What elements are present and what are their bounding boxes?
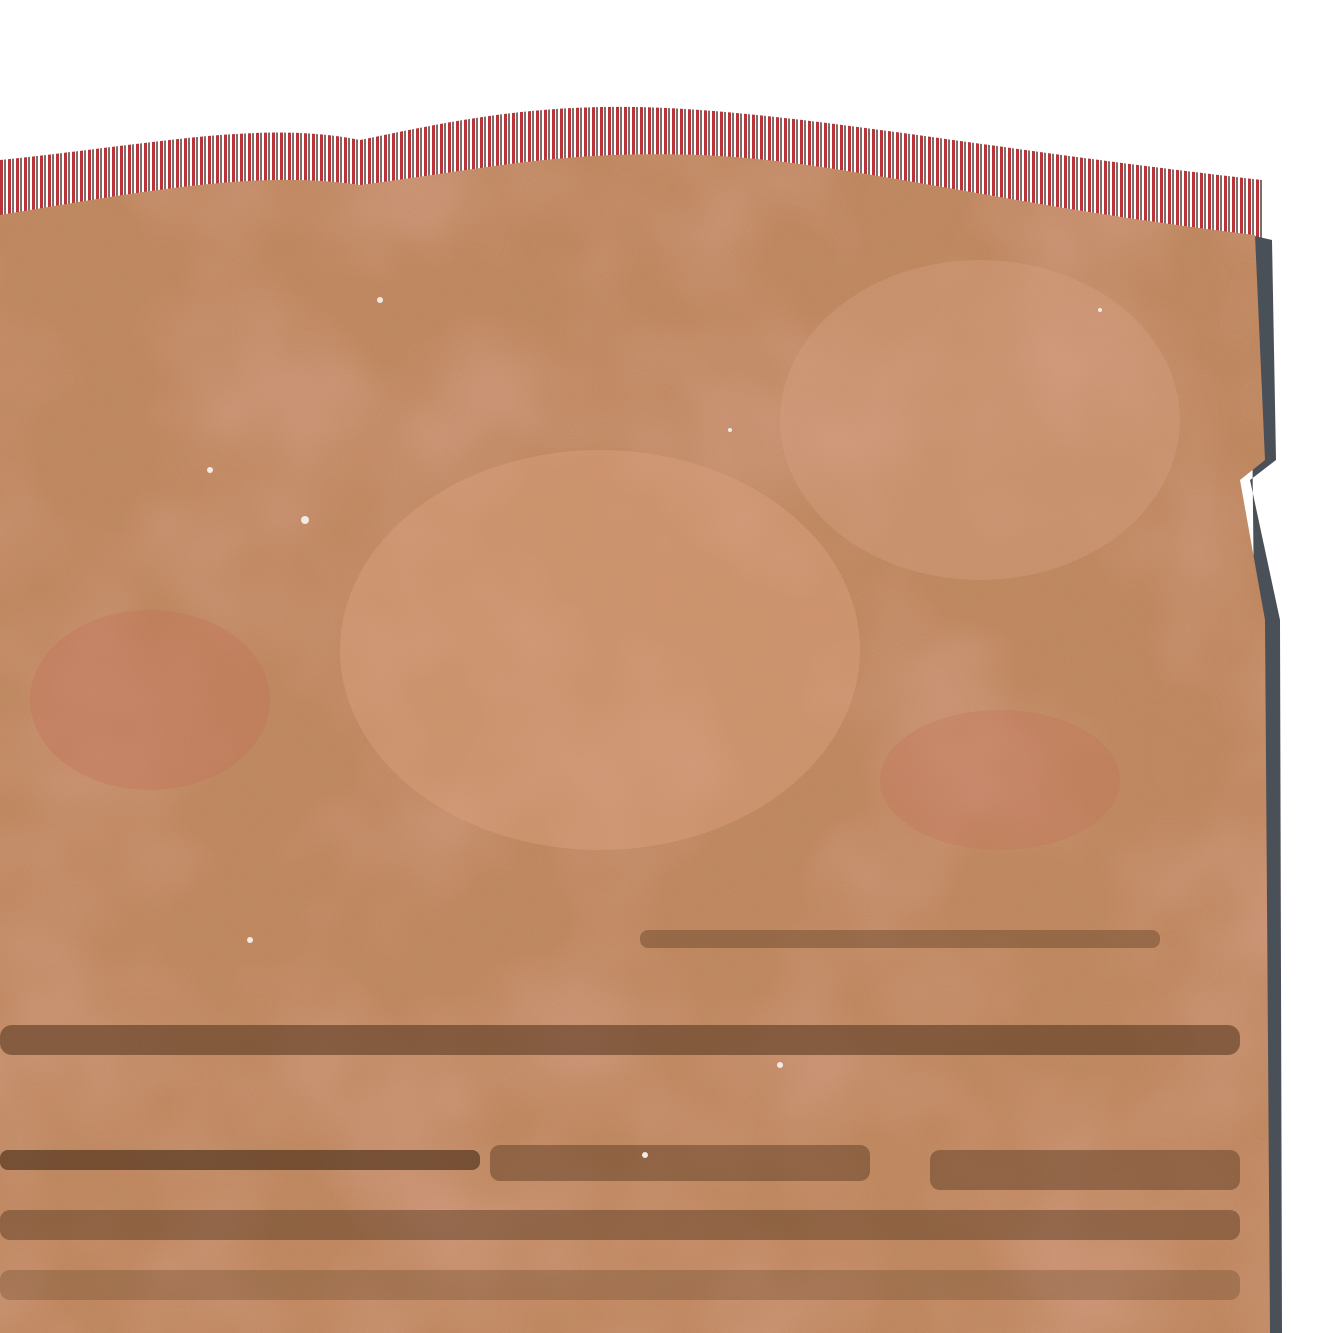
rug-illustration [0,0,1333,1333]
rug-photo [0,0,1333,1333]
